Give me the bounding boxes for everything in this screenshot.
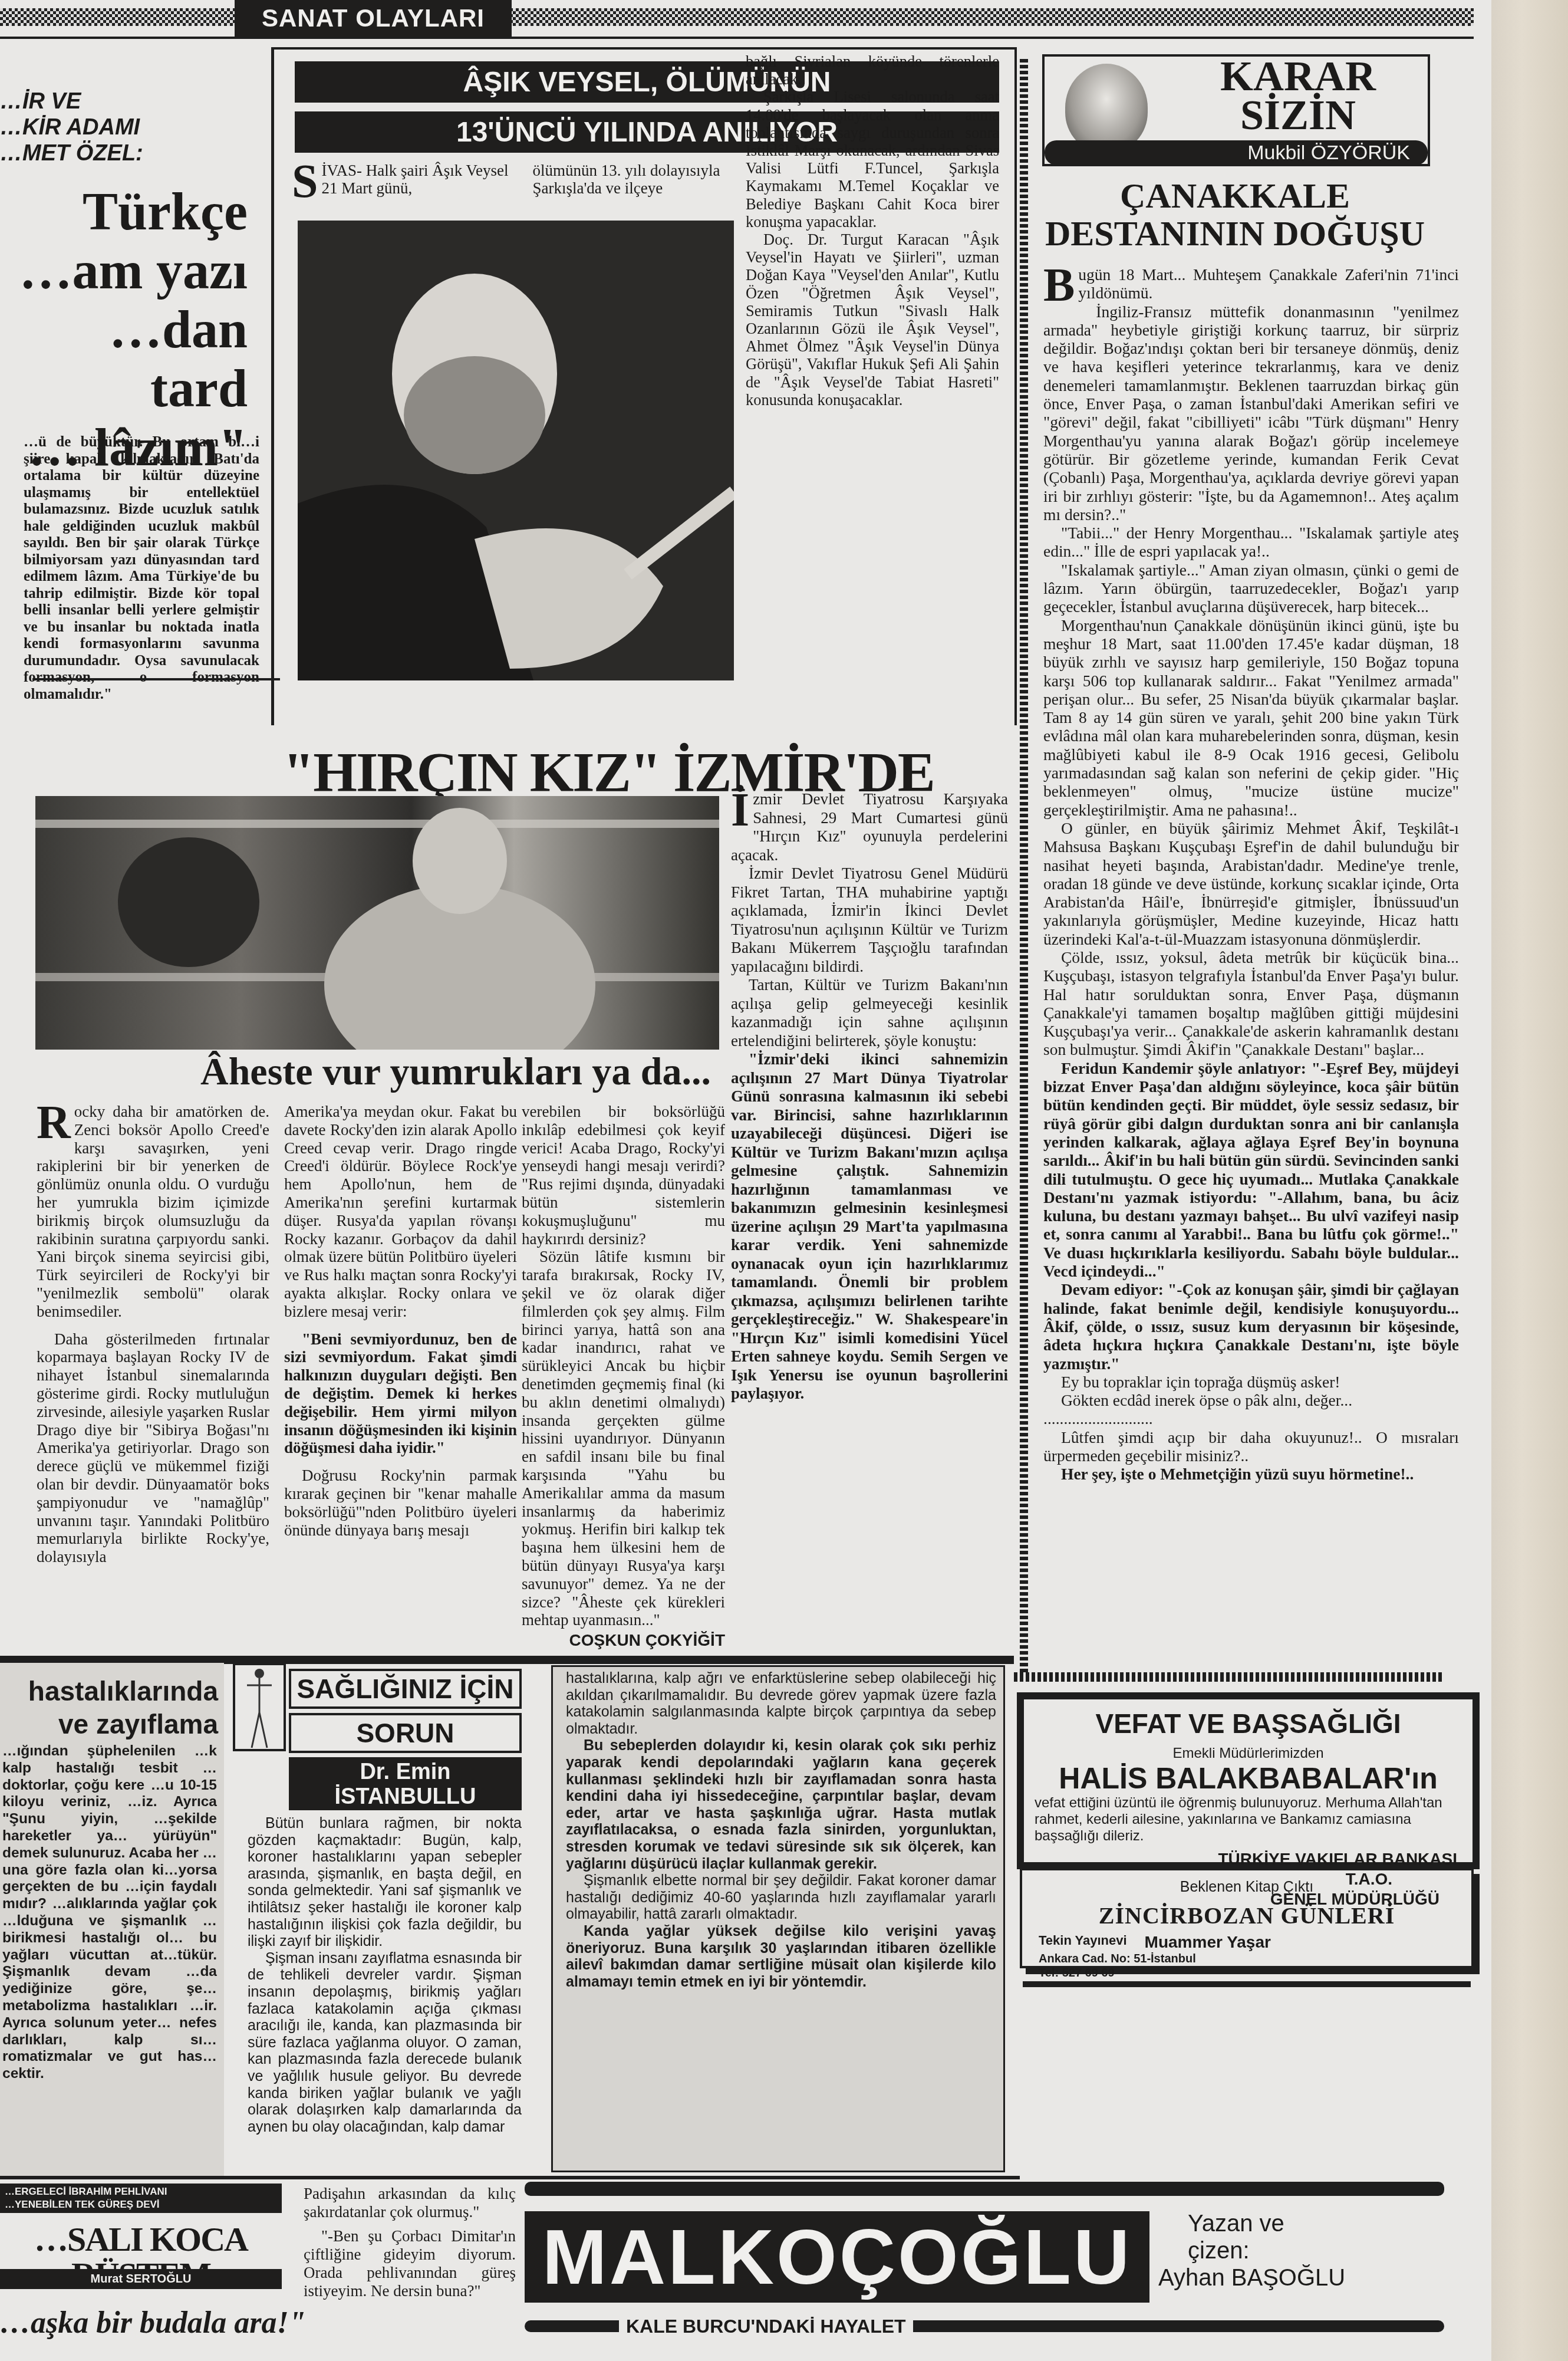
obituary-ad: VEFAT VE BAŞSAĞLIĞI Emekli Müdürlerimizd… <box>1017 1692 1480 1869</box>
rocky-paragraph: verebilen bir boksörlüğü inkılâp edebilm… <box>522 1103 725 1248</box>
left-interview: …İR VE …KİR ADAMI …MET ÖZEL: Türkçe …am … <box>0 88 248 478</box>
columnist-name: Mukbil ÖZYÖRÜK <box>1045 140 1428 165</box>
author-line: Dr. Emin <box>289 1760 522 1784</box>
health-paragraph: Şişman insanı zayıflatma esnasında bir d… <box>248 1950 522 2136</box>
rocky-quote: "Beni sevmiyordunuz, ben de sizi sevmiyo… <box>284 1330 517 1458</box>
verse-line: Ey bu topraklar için toprağa düşmüş aske… <box>1043 1373 1459 1391</box>
comic-title: MALKOÇOĞLU <box>525 2211 1149 2303</box>
hircin-paragraph: Tartan, Kültür ve Turizm Bakanı'nın açıl… <box>731 976 1008 1050</box>
book-ad-kicker: Beklenen Kitap Çıktı <box>1022 1879 1471 1896</box>
serial-kicker: …ERGELECİ İBRAHİM PEHLİVANI …YENEBİLEN T… <box>0 2184 282 2213</box>
hircin-paragraph: İzmir Devlet Tiyatrosu Genel Müdürü Fikr… <box>731 864 1008 976</box>
rocky-paragraph: Sözün lâtife kısmını bir tarafa bırakırs… <box>522 1248 725 1629</box>
headline-line: DESTANININ DOĞUŞU <box>1040 215 1429 252</box>
column-title-line: KARAR <box>1174 57 1422 96</box>
anatomy-icon <box>235 1665 284 1749</box>
karar-sizin-header: KARAR SİZİN Mukbil ÖZYÖRÜK <box>1042 54 1430 166</box>
serial-body: Padişahın arkasından da kılıç şakırdatan… <box>304 2185 516 2300</box>
comic-episode-title: KALE BURCU'NDAKİ HAYALET <box>619 2310 913 2342</box>
rocky-dropcap: R <box>37 1105 71 1140</box>
serial-paragraph: "-Ben şu Çorbacı Dimitar'ın çiftliğine g… <box>304 2227 516 2300</box>
interview-rule <box>32 678 280 680</box>
rocky-col1: Rocky daha bir amatörken de. Zenci boksö… <box>37 1103 269 1566</box>
asik-veysel-article: ÂŞIK VEYSEL, ÖLÜMÜNÜN 13'ÜNCÜ YILINDA AN… <box>271 47 1017 725</box>
portrait-illustration <box>298 221 734 680</box>
kicker-line: …YENEBİLEN TEK GÜREŞ DEVİ <box>5 2198 277 2211</box>
rocky-col3: verebilen bir boksörlüğü inkılâp edebilm… <box>522 1103 725 1650</box>
karar-sizin-title: KARAR SİZİN <box>1174 57 1422 134</box>
boxing-illustration <box>35 796 719 1050</box>
column-title-line: SİZİN <box>1174 96 1422 134</box>
health-author: Dr. Emin İSTANBULLU <box>289 1757 522 1810</box>
health-paragraph: hastalıklarına, kalp ağrı ve enfarktüsle… <box>566 1670 996 1737</box>
headline-line: …dan tard <box>0 301 248 419</box>
canakkale-paragraph: Lûtfen şimdi açıp bir daha okuyunuz!.. O… <box>1043 1428 1459 1465</box>
book-ad-author: Muammer Yaşar <box>1145 1933 1271 1952</box>
serial-quote-headline: …aşka bir budala ara!" <box>0 2306 283 2341</box>
veysel-paragraph: Doç. Dr. Turgut Karacan "Âşık Veysel'in … <box>746 231 999 409</box>
canakkale-paragraph: O günler, en büyük şâirimiz Mehmet Âkif,… <box>1043 819 1459 948</box>
health-paragraph: Bütün bunlara rağmen, bir nokta gözden k… <box>248 1815 522 1950</box>
veysel-body: bağlı Sivrialan köyünde törenlerle anıla… <box>746 52 999 409</box>
signature-line: TÜRKİYE VAKIFLAR BANKASI <box>1024 1849 1457 1869</box>
health-left-headline: hastalıklarında ve zayıflama <box>0 1663 224 1741</box>
health-col-a: Bütün bunlara rağmen, bir nokta gözden k… <box>248 1815 522 2135</box>
kicker-line: …KİR ADAMI <box>0 114 248 140</box>
canakkale-paragraph: Feridun Kandemir şöyle anlatıyor: "-Eşre… <box>1043 1059 1459 1281</box>
canakkale-dropcap: B <box>1043 268 1075 303</box>
hircin-kiz-body: İzmir Devlet Tiyatrosu Karşıyaka Sahnesi… <box>731 790 1008 1403</box>
asik-veysel-photo <box>298 221 734 680</box>
kicker-line: …ERGELECİ İBRAHİM PEHLİVANI <box>5 2185 277 2198</box>
canakkale-paragraph: Devam ediyor: "-Çok az konuşan şâir, şim… <box>1043 1280 1459 1372</box>
comic-top-rule <box>525 2182 1444 2196</box>
headline-line: ÇANAKKALE <box>1040 177 1429 215</box>
hircin-paragraph: "İzmir'deki ikinci sahnemizin açılışının… <box>731 1050 1008 1403</box>
health-col-b: hastalıklarına, kalp ağrı ve enfarktüsle… <box>566 1670 996 1990</box>
bottom-right-rule <box>1023 1981 1471 1987</box>
book-ad-phone: Tel: 527 69 69 <box>1022 1966 1471 1980</box>
rocky-paragraph: Daha gösterilmeden fırtınalar koparmaya … <box>37 1330 269 1566</box>
health-title-1: SAĞLIĞINIZ İÇİN <box>289 1669 522 1709</box>
obituary-name: HALİS BALAKBABALAR'ın <box>1024 1762 1473 1795</box>
author-line: İSTANBULLU <box>289 1784 522 1809</box>
stripe-divider <box>1014 1672 1444 1682</box>
canakkale-paragraph: ugün 18 Mart... Muhteşem Çanakkale Zafer… <box>1078 265 1459 302</box>
interview-kicker: …İR VE …KİR ADAMI …MET ÖZEL: <box>0 88 248 166</box>
rocky-byline: COŞKUN ÇOKYİĞİT <box>522 1632 725 1650</box>
veysel-paragraph: bağlı Sivrialan köyünde törenlerle anıla… <box>746 52 999 88</box>
page-edge-shadow <box>1491 0 1568 2361</box>
headline-line: ve zayıflama <box>0 1708 218 1741</box>
veysel-paragraph: Şarkışla Lisesi salonunda saat 14.00'de … <box>746 88 999 231</box>
obituary-subtitle: Emekli Müdürlerimizden <box>1024 1745 1473 1762</box>
kicker-line: …İR VE <box>0 88 248 114</box>
section-header: SANAT OLAYLARI <box>235 0 512 37</box>
newspaper-page: SANAT OLAYLARI …İR VE …KİR ADAMI …MET ÖZ… <box>0 0 1491 2361</box>
rocky-col2: Amerika'ya meydan okur. Fakat bu davete … <box>284 1103 517 1539</box>
canakkale-paragraph: "Tabii..." der Henry Morgenthau... "Iska… <box>1043 524 1459 561</box>
credit-line: Yazan ve <box>1158 2210 1329 2237</box>
column-separator-stripe <box>1020 59 1028 1675</box>
canakkale-headline: ÇANAKKALE DESTANININ DOĞUŞU <box>1040 177 1429 252</box>
header-rule <box>0 37 1474 39</box>
obituary-body: vefat ettiğini üzüntü ile öğrenmiş bulun… <box>1024 1795 1473 1844</box>
book-ad-publisher: Tekin Yayınevi <box>1039 1933 1127 1952</box>
verse-ellipsis: ........................... <box>1043 1409 1459 1428</box>
serial-top-rule <box>0 2176 1020 2179</box>
hircin-dropcap: İ <box>731 793 749 828</box>
book-ad-address: Ankara Cad. No: 51-İstanbul <box>1022 1952 1471 1966</box>
serial-paragraph: Padişahın arkasından da kılıç şakırdatan… <box>304 2185 516 2221</box>
obituary-title: VEFAT VE BAŞSAĞLIĞI <box>1024 1708 1473 1739</box>
health-paragraph: Şişmanlık elbette normal bir şey değildi… <box>566 1872 996 1923</box>
credit-line: çizen: <box>1158 2237 1329 2264</box>
rocky-paragraph: Doğrusu Rocky'nin parmak kırarak geçinen… <box>284 1466 517 1539</box>
health-title-2: SORUN <box>289 1713 522 1753</box>
canakkale-paragraph: "Iskalamak şartiyle..." Aman ziyan olmas… <box>1043 561 1459 616</box>
serial-author: Murat SERTOĞLU <box>0 2269 282 2289</box>
health-paragraph: Kanda yağlar yüksek değilse kilo verişin… <box>566 1923 996 1990</box>
rocky-paragraph: ocky daha bir amatörken de. Zenci boksör… <box>37 1103 269 1320</box>
canakkale-paragraph: Çölde, ıssız, yoksul, âdeta metrûk bir k… <box>1043 948 1459 1059</box>
canakkale-body: Bugün 18 Mart... Muhteşem Çanakkale Zafe… <box>1043 265 1459 1484</box>
book-ad-publisher-row: Tekin Yayınevi Muammer Yaşar <box>1022 1933 1471 1952</box>
kicker-line: …MET ÖZEL: <box>0 140 248 166</box>
headline-line: hastalıklarında <box>0 1675 218 1708</box>
headline-line: Türkçe <box>0 183 248 242</box>
health-paragraph: Bu sebeplerden dolayıdır ki, kesin olara… <box>566 1737 996 1872</box>
canakkale-paragraph: Her şey, işte o Mehmetçiğin yüzü suyu hö… <box>1043 1465 1459 1483</box>
canakkale-paragraph: İngiliz-Fransız müttefik donanmasının "y… <box>1043 302 1459 524</box>
credit-line: Ayhan BAŞOĞLU <box>1158 2264 1329 2291</box>
comic-credits: Yazan ve çizen: Ayhan BAŞOĞLU <box>1158 2210 1329 2291</box>
health-left-body: …ığından şüphelenilen …k kalp hastalığı … <box>0 1741 224 2083</box>
book-ad-title: ZİNCİRBOZAN GÜNLERİ <box>1022 1902 1471 1929</box>
veysel-lead-col2: ölümünün 13. yılı dolayısıyla Şarkışla'd… <box>533 162 727 197</box>
verse-line: Gökten ecdâd inerek öpse o pâk alnı, değ… <box>1043 1391 1459 1409</box>
book-ad: Beklenen Kitap Çıktı ZİNCİRBOZAN GÜNLERİ… <box>1020 1868 1474 1968</box>
veysel-lead: S İVAS- Halk şairi Âşık Veysel 21 Mart g… <box>292 162 728 199</box>
canakkale-paragraph: Morgenthau'nun Çanakkale dönüşünün ikinc… <box>1043 616 1459 819</box>
interview-body: …ü de büyüktür. Bu ortam bi…i şiire kapa… <box>24 434 259 703</box>
health-left-box: hastalıklarında ve zayıflama …ığından şü… <box>0 1663 224 2176</box>
veysel-lead-col1: İVAS- Halk şairi Âşık Veysel 21 Mart gün… <box>322 162 516 197</box>
rocky-headline: Âheste vur yumrukları ya da... <box>200 1050 731 1094</box>
hircin-paragraph: zmir Devlet Tiyatrosu Karşıyaka Sahnesi,… <box>731 790 1008 864</box>
header-pattern-band <box>0 8 1474 26</box>
interview-headline: Türkçe …am yazı …dan tard … lâzım" <box>0 183 248 478</box>
rocky-photo <box>35 796 719 1050</box>
veysel-dropcap: S <box>292 164 318 199</box>
anatomy-figure-frame <box>233 1663 286 1751</box>
columnist-portrait <box>1065 64 1148 152</box>
rocky-paragraph: Amerika'ya meydan okur. Fakat bu davete … <box>284 1103 517 1321</box>
headline-line: …am yazı <box>0 242 248 301</box>
